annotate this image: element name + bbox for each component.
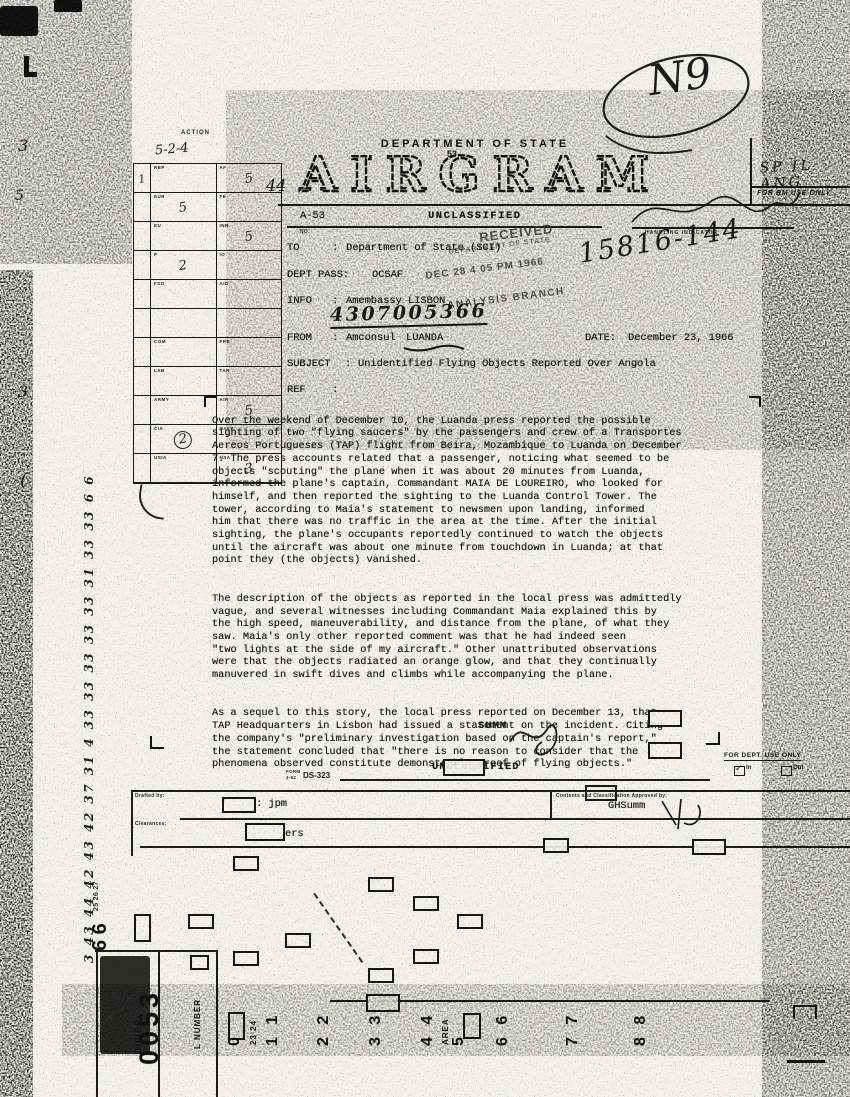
scan-blob bbox=[0, 6, 38, 36]
checkbox-in[interactable]: ✓ bbox=[734, 766, 745, 776]
notch-box bbox=[366, 994, 400, 1012]
hand-44: 44 bbox=[266, 176, 286, 195]
bottom-number: AREA bbox=[441, 1018, 450, 1045]
signature-scribble bbox=[498, 712, 574, 760]
serial-label: L NUMBER bbox=[193, 999, 202, 1049]
routing-cell-label: IO bbox=[220, 252, 226, 257]
routing-cell: USIA bbox=[151, 454, 217, 482]
stamp-line3: DEC 28 4 05 PM 1966 bbox=[425, 256, 545, 281]
date-label: DATE: bbox=[585, 332, 616, 344]
checkbox-out[interactable] bbox=[781, 766, 792, 776]
redaction-box bbox=[134, 914, 151, 942]
bottom-number: 0 bbox=[226, 1033, 244, 1046]
routing-cell bbox=[217, 309, 282, 337]
routing-cell-label: EU bbox=[154, 223, 161, 228]
form-number: DS-323 bbox=[303, 771, 330, 780]
routing-cell-label: EUR bbox=[154, 194, 165, 199]
routing-row: EUR5FE bbox=[134, 193, 281, 222]
routing-cell: COM bbox=[151, 338, 217, 366]
scan-blob bbox=[54, 0, 82, 12]
redaction-box bbox=[543, 838, 569, 853]
paragraph-2: The description of the objects as report… bbox=[212, 593, 768, 682]
routing-pre-cell bbox=[134, 251, 151, 279]
footer-rule-3 bbox=[140, 846, 850, 848]
routing-cell: FE bbox=[217, 193, 282, 221]
info-label: INFO bbox=[287, 295, 312, 307]
routing-cell-label: FRB bbox=[220, 339, 231, 344]
scan-blob bbox=[24, 72, 37, 77]
routing-cell: TAR bbox=[217, 367, 282, 395]
from-office: Amconsul bbox=[346, 332, 396, 344]
redaction-box bbox=[413, 896, 439, 911]
redaction-box bbox=[188, 914, 214, 929]
routing-pre-cell bbox=[134, 280, 151, 308]
routing-pre-cell bbox=[134, 425, 151, 453]
doc-number: A-53 bbox=[300, 210, 325, 222]
bottom-number: 1 1 bbox=[264, 1012, 282, 1046]
routing-pre-cell bbox=[134, 338, 151, 366]
subject-label: SUBJECT bbox=[287, 358, 330, 370]
routing-cell-mark: 2 bbox=[173, 429, 194, 450]
routing-cell-mark: 5 bbox=[243, 228, 254, 244]
routing-cell-mark: 2 bbox=[178, 257, 189, 273]
small-numbers: 25 26 27 bbox=[93, 881, 100, 911]
to-label: TO bbox=[287, 242, 299, 254]
check-mark: ✓ bbox=[735, 763, 743, 774]
approved-scribble bbox=[656, 795, 712, 835]
to-colon: : bbox=[332, 242, 338, 254]
subject-value: Unidentified Flying Objects Reported Ove… bbox=[358, 358, 656, 370]
checkbox-out-label: Out bbox=[793, 765, 803, 771]
routing-pre-cell bbox=[134, 367, 151, 395]
bottom-number: 7 7 bbox=[564, 1012, 582, 1046]
redaction-box bbox=[443, 759, 485, 776]
edge-mark: 3 bbox=[18, 382, 28, 401]
from-post: LUANDA bbox=[406, 332, 443, 344]
circled-note-text: N9 bbox=[645, 48, 715, 105]
routing-cell-label: LAB bbox=[154, 368, 165, 373]
routing-pre-cell bbox=[134, 309, 151, 337]
redaction-box bbox=[368, 877, 394, 892]
bottom-number: 8 8 bbox=[632, 1012, 650, 1046]
routing-row: LABTAR bbox=[134, 367, 281, 396]
routing-cell: CIA2 bbox=[151, 425, 217, 453]
redaction-box bbox=[413, 949, 439, 964]
routing-row: COMFRB bbox=[134, 338, 281, 367]
edge-mark: 5 bbox=[15, 188, 24, 204]
date-value: December 23, 1966 bbox=[628, 332, 733, 344]
redaction-box bbox=[233, 951, 259, 966]
doc-number-line bbox=[287, 226, 405, 228]
routing-row: 1REPAF5 bbox=[134, 164, 281, 193]
from-colon: : bbox=[332, 332, 338, 344]
body-text: Over the weekend of December 10, the Lua… bbox=[212, 402, 768, 797]
edge-mark: ( bbox=[20, 470, 27, 491]
routing-cell: AID bbox=[217, 280, 282, 308]
no-caption: NO. bbox=[300, 229, 310, 235]
redaction-box bbox=[233, 856, 259, 871]
redaction-box bbox=[692, 839, 726, 855]
ref-label: REF bbox=[287, 384, 306, 396]
right-bracket-mark bbox=[793, 1005, 817, 1019]
routing-cell-mark: 5 bbox=[243, 170, 254, 186]
bottom-number: 4 4 bbox=[419, 1012, 437, 1046]
routing-cell: FSO bbox=[151, 280, 217, 308]
bottom-number: 23 24 bbox=[249, 1020, 258, 1045]
drafted-caption: Drafted by: bbox=[135, 793, 165, 799]
routing-pre-cell bbox=[134, 396, 151, 424]
routing-pre-cell bbox=[134, 193, 151, 221]
routing-cell: REP bbox=[151, 164, 217, 192]
serial-digits: 0053 bbox=[134, 989, 165, 1065]
approved-value: GHSumm bbox=[608, 800, 645, 812]
footer-rule-2 bbox=[180, 818, 850, 820]
routing-cell-mark: 5 bbox=[178, 199, 189, 215]
redaction-box bbox=[190, 955, 209, 970]
to-value: Department of State (SCI) bbox=[346, 242, 501, 254]
routing-cell: FRB bbox=[217, 338, 282, 366]
from-underline-squiggle bbox=[402, 344, 466, 354]
bottom-number: 6 6 bbox=[494, 1012, 512, 1046]
airgram-title-text: AIRGRAM bbox=[299, 147, 662, 203]
bottom-right-dash bbox=[787, 1060, 825, 1063]
drafted-value: : jpm bbox=[256, 798, 287, 810]
footer-divider bbox=[550, 790, 552, 818]
redaction-box bbox=[648, 742, 682, 759]
card-rule bbox=[95, 950, 218, 952]
routing-cell-label: REP bbox=[154, 165, 165, 170]
approved-caption: Contents and Classification Approved by: bbox=[556, 793, 667, 799]
routing-pre-mark: 1 bbox=[137, 172, 146, 186]
subject-colon: : bbox=[345, 358, 351, 370]
routing-pre-cell: 1 bbox=[134, 164, 151, 192]
routing-cell: INR5 bbox=[217, 222, 282, 250]
diagonal-dashes bbox=[313, 893, 363, 963]
footer-classification-line bbox=[340, 779, 710, 781]
form-rev: 4-62 bbox=[286, 775, 296, 780]
routing-row: P2IO bbox=[134, 251, 281, 280]
control-number-handwritten: 4307005366 bbox=[330, 300, 488, 329]
checkbox-in-label: In bbox=[746, 765, 751, 771]
classification: UNCLASSIFIED bbox=[428, 210, 522, 222]
routing-cell-label: TAR bbox=[220, 368, 230, 373]
scanned-airgram-document: 3 5 3 ( N9 ACTION 5-2-4 1REPAF5EUR5FEEUI… bbox=[0, 0, 850, 1097]
card-border-3 bbox=[216, 950, 218, 1097]
routing-row: EUINR5 bbox=[134, 222, 281, 251]
routing-cell: IO bbox=[217, 251, 282, 279]
routing-cell-label: P bbox=[154, 252, 158, 257]
routing-cell-label: FSO bbox=[154, 281, 165, 286]
dept-pass-label: DEPT PASS: bbox=[287, 269, 349, 281]
redaction-box bbox=[368, 968, 394, 983]
bracket-bottom-left bbox=[150, 736, 164, 749]
routing-row: FSOAID bbox=[134, 280, 281, 309]
routing-cell-label: CIA bbox=[154, 426, 163, 431]
action-label: ACTION bbox=[181, 130, 210, 136]
routing-cell-label: AID bbox=[220, 281, 229, 286]
clearances-caption: Clearances: bbox=[135, 821, 167, 827]
bottom-number: 2 2 bbox=[315, 1012, 333, 1046]
redaction-box bbox=[222, 797, 256, 813]
redaction-box bbox=[285, 933, 311, 948]
bottom-number: 3 3 bbox=[367, 1012, 385, 1046]
dept-use-caption: FOR DEPT. USE ONLY bbox=[724, 752, 801, 761]
from-label: FROM bbox=[287, 332, 312, 344]
stray-pen-mark bbox=[136, 484, 168, 520]
redaction-box bbox=[245, 823, 285, 841]
routing-cell: P2 bbox=[151, 251, 217, 279]
card-border-1 bbox=[96, 950, 98, 1097]
paragraph-1: Over the weekend of December 10, the Lua… bbox=[212, 415, 768, 567]
file-ref-handwritten: 5-2-4 bbox=[154, 141, 189, 159]
routing-cell: EU bbox=[151, 222, 217, 250]
routing-cell-label: AF bbox=[220, 165, 227, 170]
routing-row bbox=[134, 309, 281, 338]
routing-pre-cell bbox=[134, 222, 151, 250]
redaction-box bbox=[648, 710, 682, 727]
routing-cell-label: USIA bbox=[154, 455, 167, 460]
big-66: 6 6 bbox=[89, 923, 112, 951]
footer-rule-1 bbox=[131, 790, 850, 792]
routing-cell-label: FE bbox=[220, 194, 227, 199]
edge-mark: 3 bbox=[18, 136, 28, 155]
routing-cell: EUR5 bbox=[151, 193, 217, 221]
routing-pre-cell bbox=[134, 454, 151, 482]
routing-cell-label: ARMY bbox=[154, 397, 169, 402]
routing-cell-label: INR bbox=[220, 223, 229, 228]
routing-cell bbox=[151, 309, 217, 337]
ref-colon: : bbox=[332, 384, 338, 396]
routing-cell-label: COM bbox=[154, 339, 166, 344]
dept-pass-value: OCSAF bbox=[372, 269, 403, 281]
redaction-box bbox=[457, 914, 483, 929]
routing-cell: LAB bbox=[151, 367, 217, 395]
form-label: FORM bbox=[286, 769, 300, 774]
footer-left-border bbox=[131, 790, 133, 856]
clearances-value: ers bbox=[285, 828, 304, 840]
bottom-number: 5 bbox=[450, 1033, 468, 1046]
